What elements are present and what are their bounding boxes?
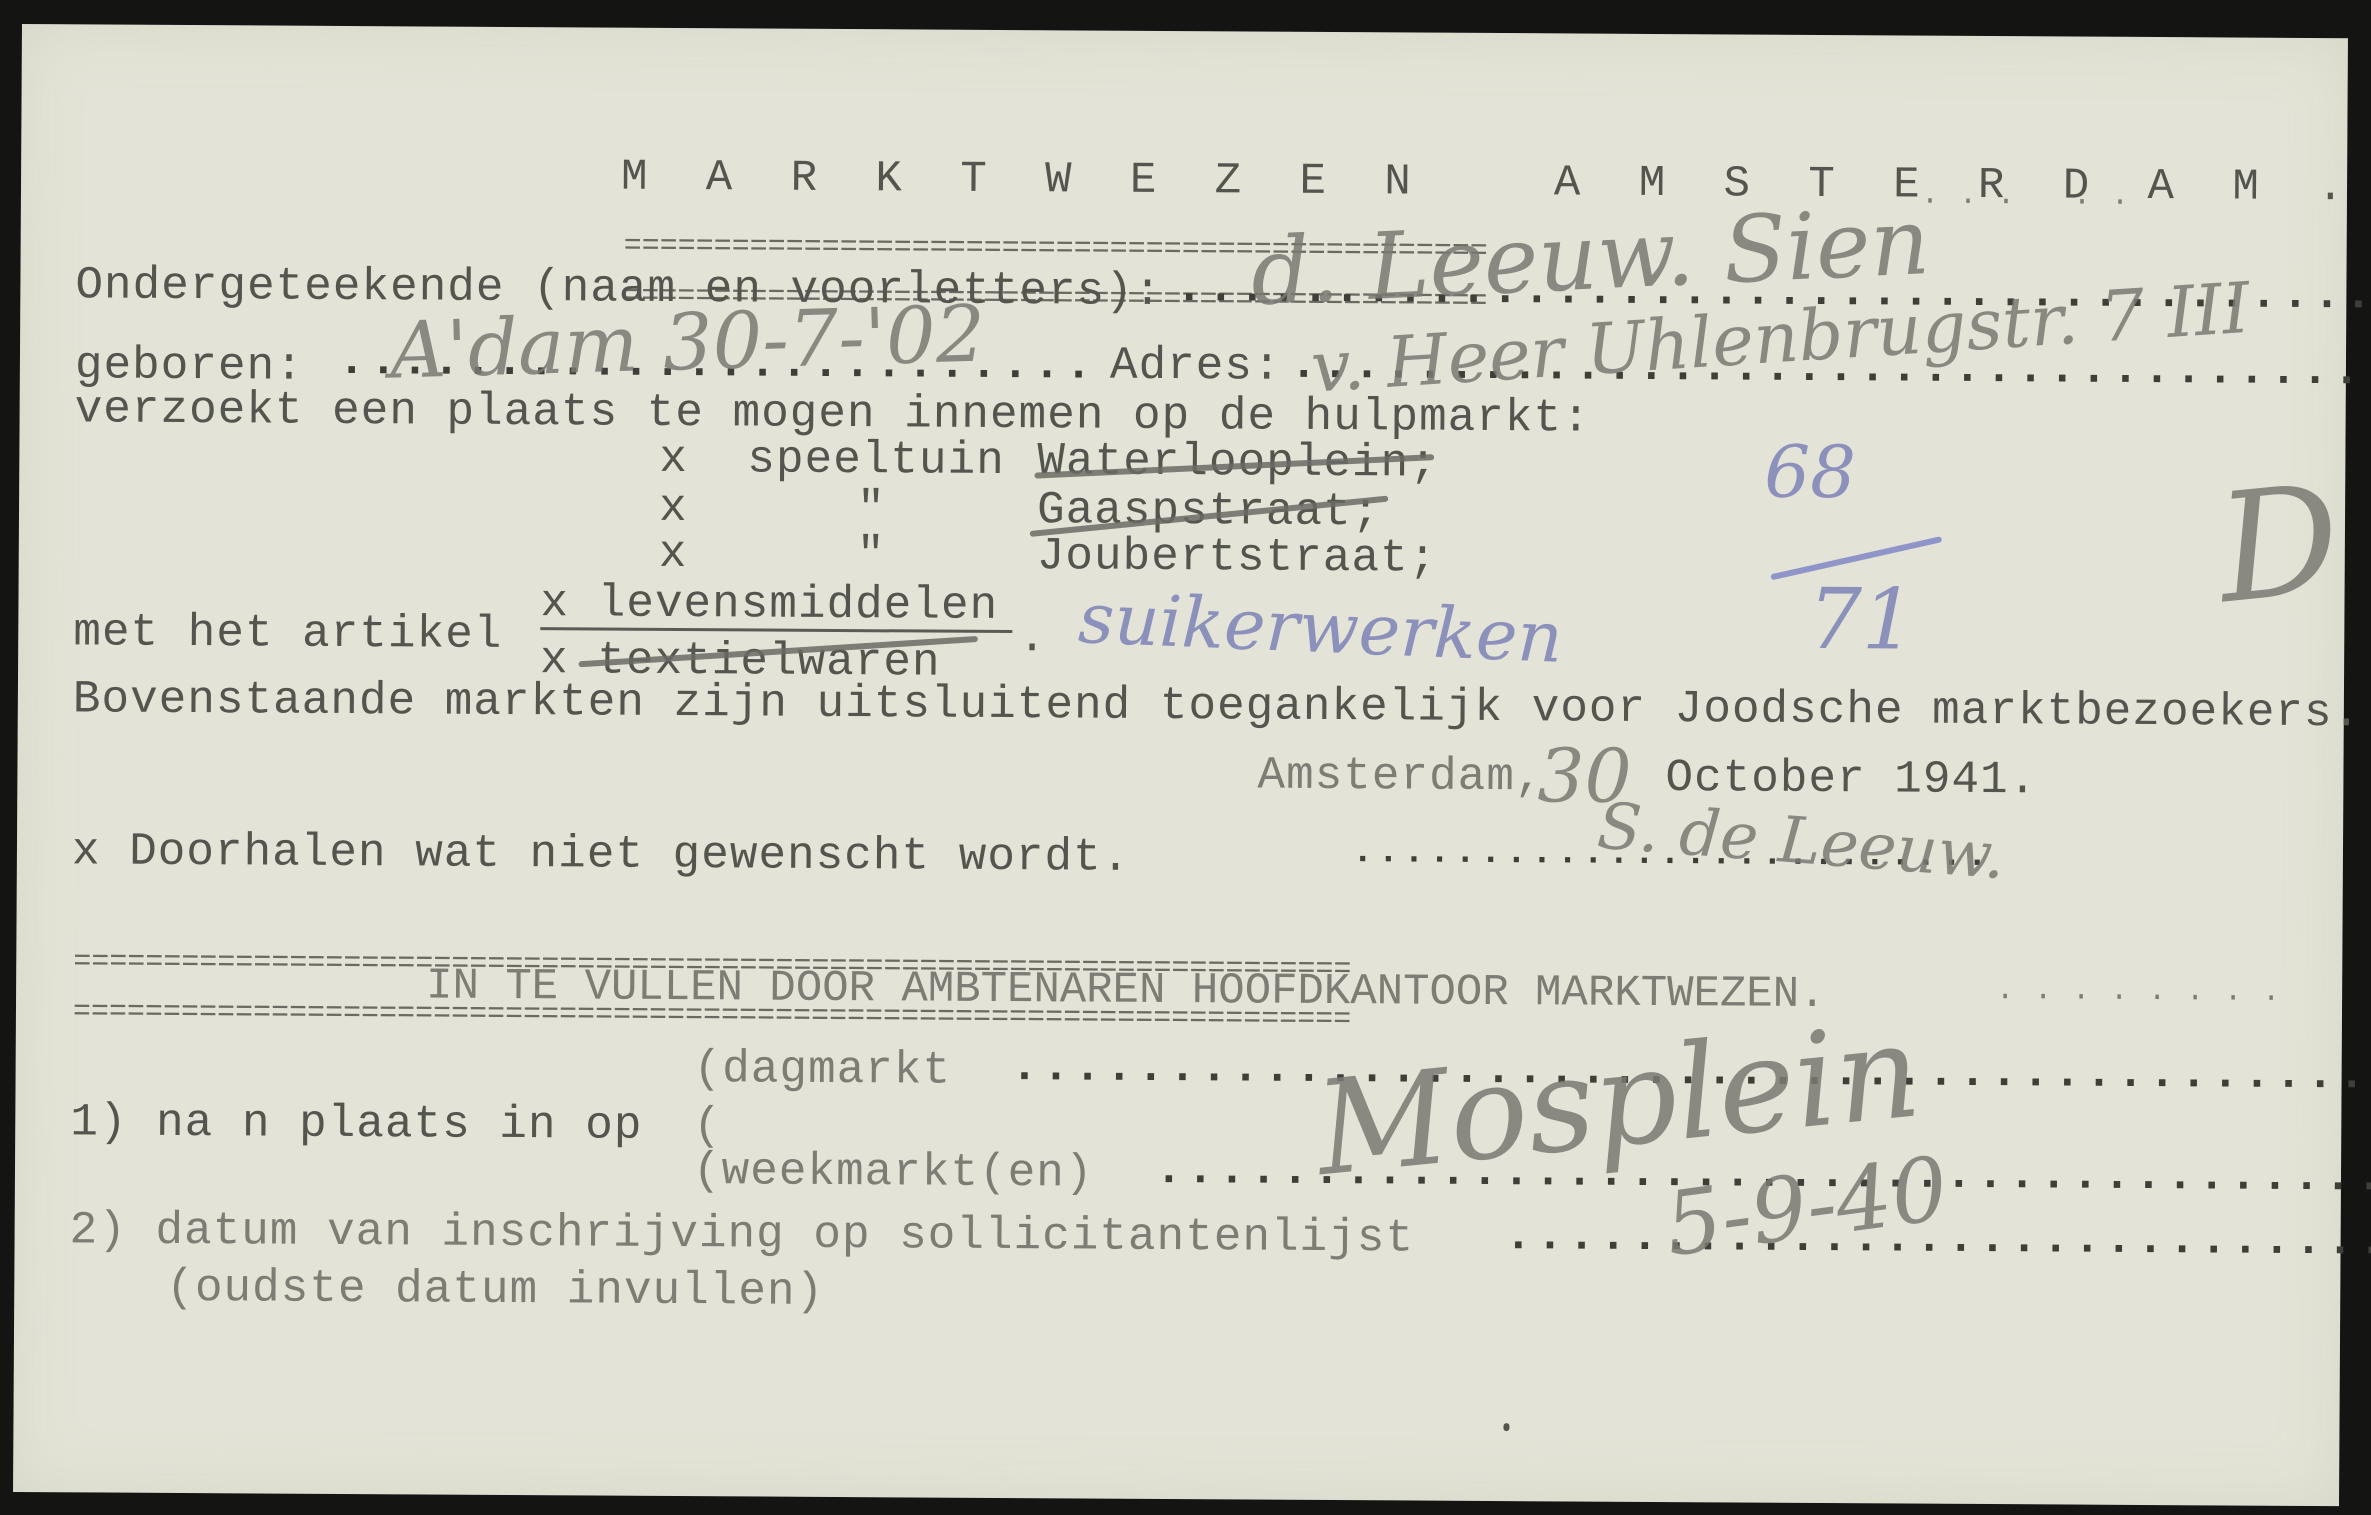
item2-sublabel: (oudste datum invullen)	[166, 1265, 824, 1315]
date-month-year: October 1941.	[1665, 755, 2037, 803]
date-place: Amsterdam,	[1257, 753, 1543, 801]
item1-label: 1) na n plaats in op	[70, 1099, 642, 1148]
jewish-only-notice: Bovenstaande markten zijn uitsluitend to…	[73, 676, 2362, 736]
market-3-marker: x	[659, 531, 688, 577]
office-section-heading: IN TE VULLEN DOOR AMBTENAREN HOOFDKANTOO…	[426, 964, 1826, 1017]
market-1-type: speeltuin	[747, 436, 1005, 484]
index-card: M A R K T W E Z E N A M S T E R D A M . …	[13, 24, 2348, 1506]
article-period: .	[1018, 615, 1047, 661]
market-3-ditto: "	[857, 532, 886, 578]
item1-bracket: (	[693, 1103, 722, 1149]
fraction-denominator: 71	[1808, 570, 1915, 669]
market-2-ditto: "	[857, 486, 886, 532]
article-label: met het artikel	[73, 609, 502, 658]
paper-speck	[1503, 1423, 1509, 1431]
market-1-marker: x	[659, 436, 688, 482]
fraction-numerator: 68	[1764, 430, 1856, 515]
market-3-name: Joubertstraat;	[1037, 533, 1438, 581]
handwritten-article: suikerwerken	[1077, 577, 1564, 679]
strike-instruction: x Doorhalen wat niet gewenscht wordt.	[72, 828, 1131, 880]
weekmarkt-label: (weekmarkt(en)	[693, 1148, 1094, 1196]
item2-label: 2) datum van inschrijving op sollicitant…	[69, 1207, 1414, 1261]
pencil-mark: D	[2211, 452, 2348, 637]
market-2-marker: x	[659, 485, 688, 531]
office-heading-trailing: . . . . . . . .	[1996, 976, 2281, 1008]
address-label: Adres:	[1110, 343, 1282, 390]
dagmarkt-label: (dagmarkt	[693, 1046, 951, 1094]
title-trailing-dots: . . . . .	[1921, 181, 2130, 212]
handwritten-birth: A'dam 30-7-'02	[389, 290, 987, 397]
article-food: x levensmiddelen	[540, 580, 998, 629]
